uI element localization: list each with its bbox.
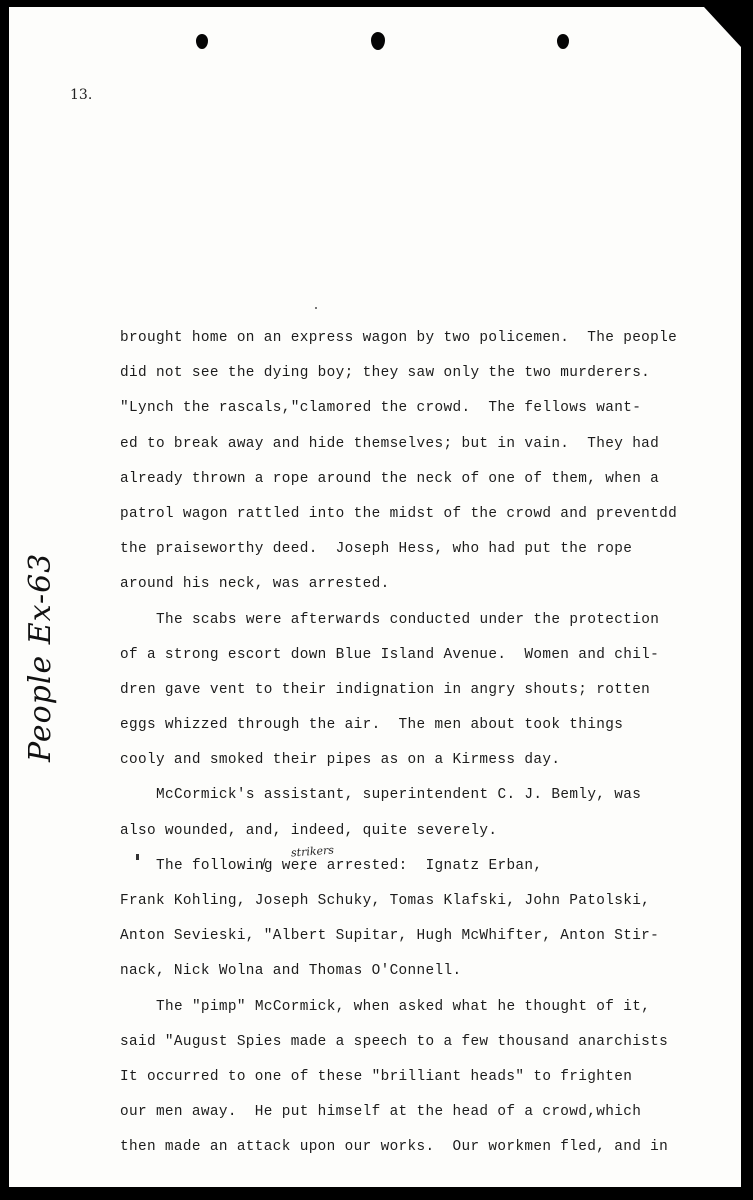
text-line: around his neck, was arrested. [120, 567, 720, 602]
text-line: "Lynch the rascals,"clamored the crowd. … [120, 391, 720, 426]
text-line: our men away. He put himself at the head… [120, 1095, 720, 1130]
text-line: The followin̸g were arrested: Ignatz Erb… [120, 849, 720, 884]
text-line: of a strong escort down Blue Island Aven… [120, 638, 720, 673]
text-line: eggs whizzed through the air. The men ab… [120, 708, 720, 743]
typewritten-body: brought home on an express wagon by two … [120, 321, 720, 1166]
text-line: The "pimp" McCormick, when asked what he… [120, 990, 720, 1025]
paper-speck [315, 307, 317, 309]
text-line: dren gave vent to their indignation in a… [120, 673, 720, 708]
text-line: McCormick's assistant, superintendent C.… [120, 778, 720, 813]
binder-hole [371, 32, 385, 50]
text-line: It occurred to one of these "brilliant h… [120, 1060, 720, 1095]
handwritten-exhibit-label: People Ex-63 [23, 602, 58, 762]
text-line: said "August Spies made a speech to a fe… [120, 1025, 720, 1060]
text-line: nack, Nick Wolna and Thomas O'Connell. [120, 954, 720, 989]
text-line: Frank Kohling, Joseph Schuky, Tomas Klaf… [120, 884, 720, 919]
text-line: also wounded, and, indeed, quite severel… [120, 814, 720, 849]
text-line: the praiseworthy deed. Joseph Hess, who … [120, 532, 720, 567]
text-line: then made an attack upon our works. Our … [120, 1130, 720, 1165]
document-page: 13. People Ex-63 strikers ⌃ brought home… [9, 7, 741, 1187]
text-line: brought home on an express wagon by two … [120, 321, 720, 356]
text-line: The scabs were afterwards conducted unde… [120, 603, 720, 638]
text-line: ed to break away and hide themselves; bu… [120, 427, 720, 462]
page-number: 13. [70, 87, 92, 103]
text-line: did not see the dying boy; they saw only… [120, 356, 720, 391]
binder-hole [557, 34, 569, 49]
text-line: cooly and smoked their pipes as on a Kir… [120, 743, 720, 778]
text-line: Anton Sevieski, "Albert Supitar, Hugh Mc… [120, 919, 720, 954]
binder-hole [196, 34, 208, 49]
text-line: already thrown a rope around the neck of… [120, 462, 720, 497]
text-line: patrol wagon rattled into the midst of t… [120, 497, 720, 532]
